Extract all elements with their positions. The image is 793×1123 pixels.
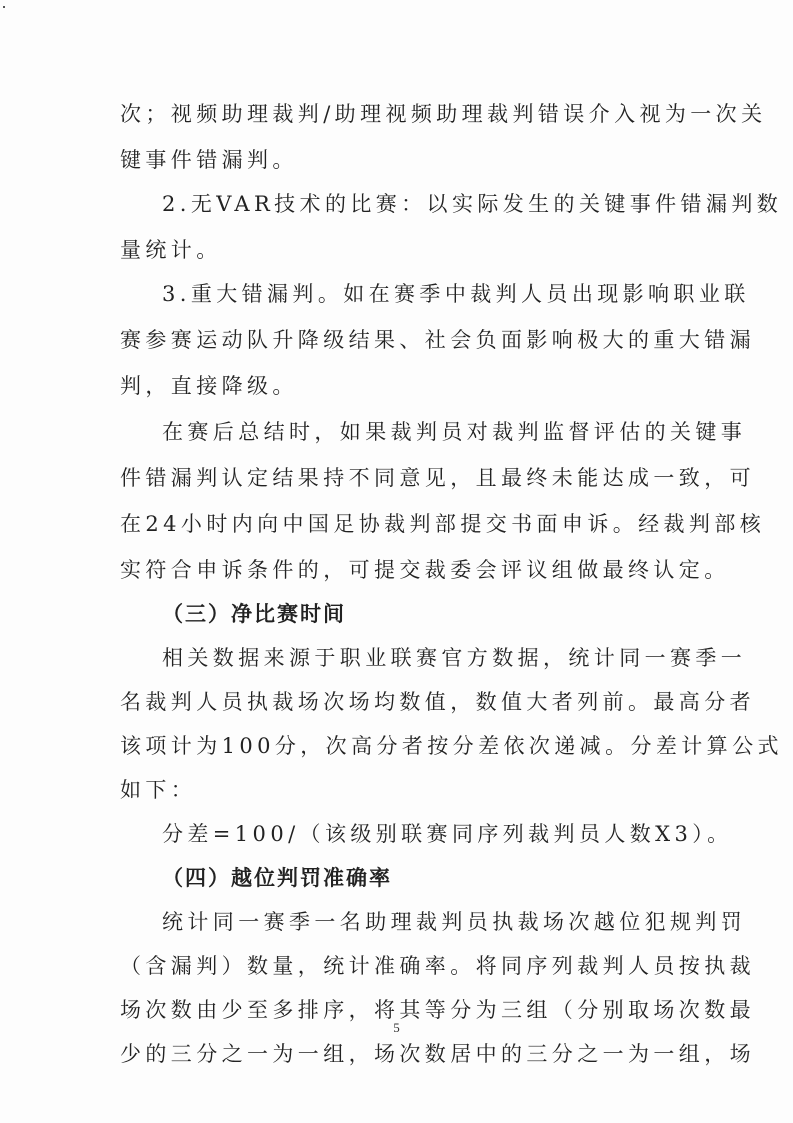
paragraph-line: 少的三分之一为一组，场次数居中的三分之一为一组，场	[120, 1040, 675, 1068]
paragraph-line: 2.无VAR技术的比赛：以实际发生的关键事件错漏判数	[162, 190, 675, 218]
scan-artifact	[3, 6, 5, 8]
paragraph-line: 相关数据来源于职业联赛官方数据，统计同一赛季一	[162, 644, 675, 672]
page-number: 5	[0, 1020, 793, 1036]
paragraph-line: 名裁判人员执裁场次场均数值，数值大者列前。最高分者	[120, 688, 675, 716]
paragraph-line: 如下：	[120, 776, 675, 804]
paragraph-line: 在24小时内向中国足协裁判部提交书面申诉。经裁判部核	[120, 510, 675, 538]
section-heading: （四）越位判罚准确率	[162, 864, 675, 892]
paragraph-line: 量统计。	[120, 236, 675, 264]
paragraph-line: 实符合申诉条件的，可提交裁委会评议组做最终认定。	[120, 556, 675, 584]
paragraph-line: 判，直接降级。	[120, 372, 675, 400]
paragraph-line: 键事件错漏判。	[120, 146, 675, 174]
paragraph-line: 该项计为100分，次高分者按分差依次递减。分差计算公式	[120, 732, 675, 760]
formula-line: 分差=100/（该级别联赛同序列裁判员人数X3）。	[162, 820, 675, 848]
document-page: 次；视频助理裁判/助理视频助理裁判错误介入视为一次关 键事件错漏判。 2.无VA…	[0, 0, 793, 1123]
paragraph-line: 次；视频助理裁判/助理视频助理裁判错误介入视为一次关	[120, 100, 675, 128]
paragraph-line: 3.重大错漏判。如在赛季中裁判人员出现影响职业联	[162, 280, 675, 308]
paragraph-line: （含漏判）数量，统计准确率。将同序列裁判人员按执裁	[120, 952, 675, 980]
paragraph-line: 赛参赛运动队升降级结果、社会负面影响极大的重大错漏	[120, 326, 675, 354]
paragraph-line: 件错漏判认定结果持不同意见，且最终未能达成一致，可	[120, 464, 675, 492]
section-heading: （三）净比赛时间	[162, 600, 675, 628]
paragraph-line: 在赛后总结时，如果裁判员对裁判监督评估的关键事	[162, 418, 675, 446]
paragraph-line: 统计同一赛季一名助理裁判员执裁场次越位犯规判罚	[162, 908, 675, 936]
